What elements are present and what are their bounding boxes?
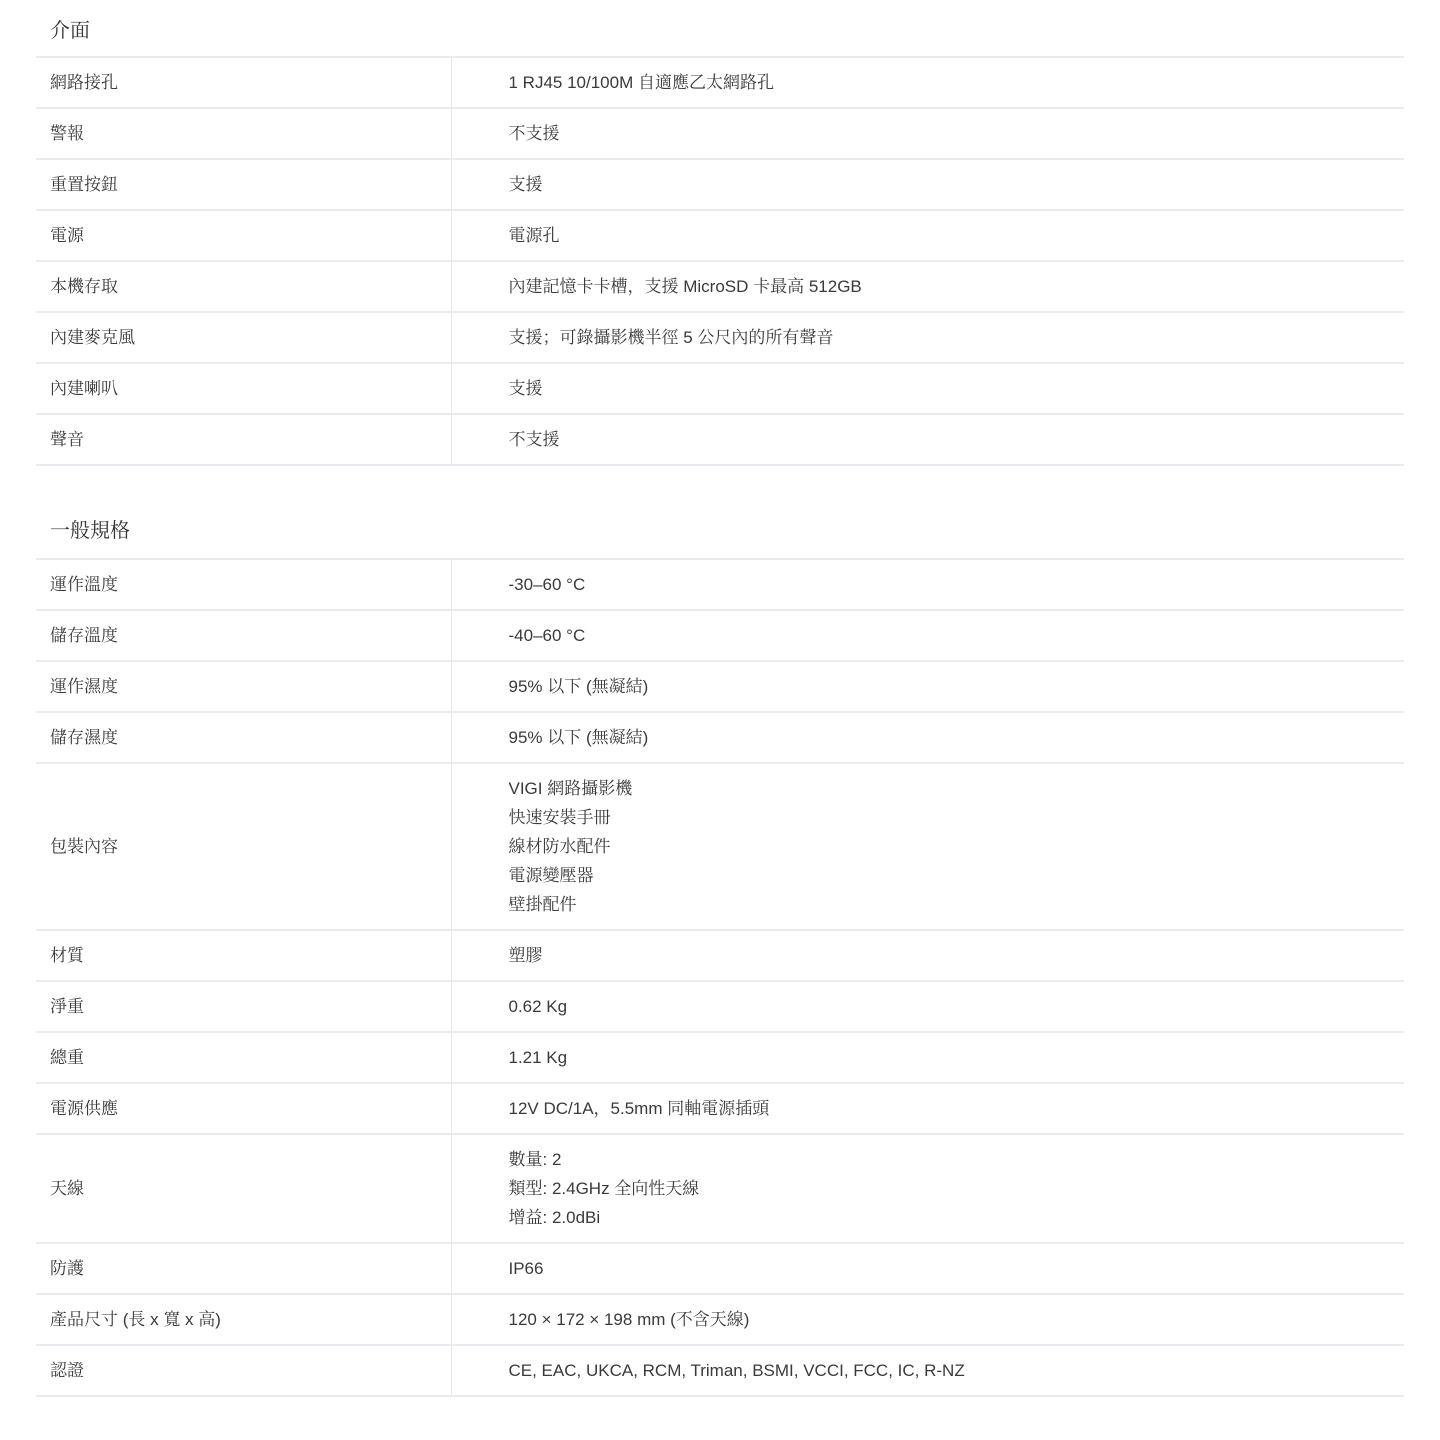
general-spec-table: 運作溫度 -30–60 °C 儲存溫度 -40–60 °C 運作濕度 95% 以…	[36, 558, 1404, 1397]
table-row: 總重 1.21 Kg	[36, 1032, 1404, 1083]
spec-value: 95% 以下 (無凝結)	[451, 712, 1404, 763]
spec-value-line: IP66	[509, 1254, 1405, 1283]
spec-label: 防護	[36, 1243, 451, 1294]
spec-label: 電源供應	[36, 1083, 451, 1134]
interface-spec-table: 網路接孔 1 RJ45 10/100M 自適應乙太網路孔 警報 不支援 重置按鈕…	[36, 56, 1404, 466]
table-row: 運作濕度 95% 以下 (無凝結)	[36, 661, 1404, 712]
spec-label: 網路接孔	[36, 57, 451, 108]
table-row: 網路接孔 1 RJ45 10/100M 自適應乙太網路孔	[36, 57, 1404, 108]
spec-value: 不支援	[451, 414, 1404, 465]
spec-label: 內建麥克風	[36, 312, 451, 363]
spec-label: 總重	[36, 1032, 451, 1083]
spec-value: 數量: 2 類型: 2.4GHz 全向性天線 增益: 2.0dBi	[451, 1134, 1404, 1243]
spec-label: 儲存濕度	[36, 712, 451, 763]
spec-label: 運作溫度	[36, 559, 451, 610]
spec-value-line: 數量: 2	[509, 1145, 1405, 1174]
spec-label: 儲存溫度	[36, 610, 451, 661]
table-row: 內建喇叭 支援	[36, 363, 1404, 414]
spec-value-line: 支援	[509, 374, 1405, 403]
spec-value: 支援；可錄攝影機半徑 5 公尺內的所有聲音	[451, 312, 1404, 363]
table-row: 重置按鈕 支援	[36, 159, 1404, 210]
spec-value-line: 類型: 2.4GHz 全向性天線	[509, 1174, 1405, 1203]
spec-value: 支援	[451, 159, 1404, 210]
section-title-general-specs: 一般規格	[36, 498, 1404, 558]
table-row: 包裝內容 VIGI 網路攝影機 快速安裝手冊 線材防水配件 電源變壓器 壁掛配件	[36, 763, 1404, 930]
table-row: 天線 數量: 2 類型: 2.4GHz 全向性天線 增益: 2.0dBi	[36, 1134, 1404, 1243]
spec-value-line: -40–60 °C	[509, 621, 1405, 650]
table-row: 電源 電源孔	[36, 210, 1404, 261]
spec-label: 材質	[36, 930, 451, 981]
spec-value-line: 支援；可錄攝影機半徑 5 公尺內的所有聲音	[509, 323, 1405, 352]
table-row: 防護 IP66	[36, 1243, 1404, 1294]
section-title-interface: 介面	[36, 0, 1404, 56]
table-row: 材質 塑膠	[36, 930, 1404, 981]
spec-value: 不支援	[451, 108, 1404, 159]
spec-value-line: 12V DC/1A，5.5mm 同軸電源插頭	[509, 1094, 1405, 1123]
spec-label: 電源	[36, 210, 451, 261]
spec-value: -40–60 °C	[451, 610, 1404, 661]
table-row: 運作溫度 -30–60 °C	[36, 559, 1404, 610]
spec-value-line: 不支援	[509, 425, 1405, 454]
table-row: 本機存取 內建記憶卡卡槽，支援 MicroSD 卡最高 512GB	[36, 261, 1404, 312]
spec-label: 淨重	[36, 981, 451, 1032]
spec-value-line: 電源孔	[509, 221, 1405, 250]
spec-label: 認證	[36, 1345, 451, 1396]
spec-value: 95% 以下 (無凝結)	[451, 661, 1404, 712]
spec-value-line: 1.21 Kg	[509, 1043, 1405, 1072]
table-row: 儲存濕度 95% 以下 (無凝結)	[36, 712, 1404, 763]
spec-label: 運作濕度	[36, 661, 451, 712]
spec-value-line: 1 RJ45 10/100M 自適應乙太網路孔	[509, 68, 1405, 97]
spec-value: 1.21 Kg	[451, 1032, 1404, 1083]
spec-value-line: 不支援	[509, 119, 1405, 148]
spec-value: CE, EAC, UKCA, RCM, Triman, BSMI, VCCI, …	[451, 1345, 1404, 1396]
table-row: 內建麥克風 支援；可錄攝影機半徑 5 公尺內的所有聲音	[36, 312, 1404, 363]
spec-value-line: 快速安裝手冊	[509, 803, 1405, 832]
spec-value-line: 壁掛配件	[509, 890, 1405, 919]
spec-value-line: 120 × 172 × 198 mm (不含天線)	[509, 1305, 1405, 1334]
spec-label: 聲音	[36, 414, 451, 465]
table-row: 認證 CE, EAC, UKCA, RCM, Triman, BSMI, VCC…	[36, 1345, 1404, 1396]
table-row: 儲存溫度 -40–60 °C	[36, 610, 1404, 661]
spec-value: 電源孔	[451, 210, 1404, 261]
spec-label: 警報	[36, 108, 451, 159]
spec-value-line: CE, EAC, UKCA, RCM, Triman, BSMI, VCCI, …	[509, 1356, 1405, 1385]
spec-label: 產品尺寸 (長 x 寬 x 高)	[36, 1294, 451, 1345]
spec-label: 本機存取	[36, 261, 451, 312]
spec-value-line: 95% 以下 (無凝結)	[509, 672, 1405, 701]
table-row: 淨重 0.62 Kg	[36, 981, 1404, 1032]
spec-value: 塑膠	[451, 930, 1404, 981]
spec-value-line: 電源變壓器	[509, 861, 1405, 890]
spec-value: VIGI 網路攝影機 快速安裝手冊 線材防水配件 電源變壓器 壁掛配件	[451, 763, 1404, 930]
table-row: 警報 不支援	[36, 108, 1404, 159]
spec-value-line: 線材防水配件	[509, 832, 1405, 861]
spec-value-line: 支援	[509, 170, 1405, 199]
spec-value-line: -30–60 °C	[509, 570, 1405, 599]
table-row: 產品尺寸 (長 x 寬 x 高) 120 × 172 × 198 mm (不含天…	[36, 1294, 1404, 1345]
spec-value: 支援	[451, 363, 1404, 414]
spec-value: 0.62 Kg	[451, 981, 1404, 1032]
spec-value: 12V DC/1A，5.5mm 同軸電源插頭	[451, 1083, 1404, 1134]
spec-value: 1 RJ45 10/100M 自適應乙太網路孔	[451, 57, 1404, 108]
spec-value: -30–60 °C	[451, 559, 1404, 610]
table-row: 聲音 不支援	[36, 414, 1404, 465]
spec-label: 天線	[36, 1134, 451, 1243]
spec-value: IP66	[451, 1243, 1404, 1294]
spec-label: 包裝內容	[36, 763, 451, 930]
spec-value-line: 0.62 Kg	[509, 992, 1405, 1021]
spec-value-line: 塑膠	[509, 941, 1405, 970]
spec-value: 120 × 172 × 198 mm (不含天線)	[451, 1294, 1404, 1345]
spec-value-line: 內建記憶卡卡槽，支援 MicroSD 卡最高 512GB	[509, 272, 1405, 301]
spec-label: 重置按鈕	[36, 159, 451, 210]
spec-value: 內建記憶卡卡槽，支援 MicroSD 卡最高 512GB	[451, 261, 1404, 312]
spec-value-line: 95% 以下 (無凝結)	[509, 723, 1405, 752]
spec-label: 內建喇叭	[36, 363, 451, 414]
spec-value-line: 增益: 2.0dBi	[509, 1203, 1405, 1232]
spec-page: 介面 網路接孔 1 RJ45 10/100M 自適應乙太網路孔 警報 不支援 重…	[36, 0, 1404, 1397]
spec-value-line: VIGI 網路攝影機	[509, 774, 1405, 803]
table-row: 電源供應 12V DC/1A，5.5mm 同軸電源插頭	[36, 1083, 1404, 1134]
